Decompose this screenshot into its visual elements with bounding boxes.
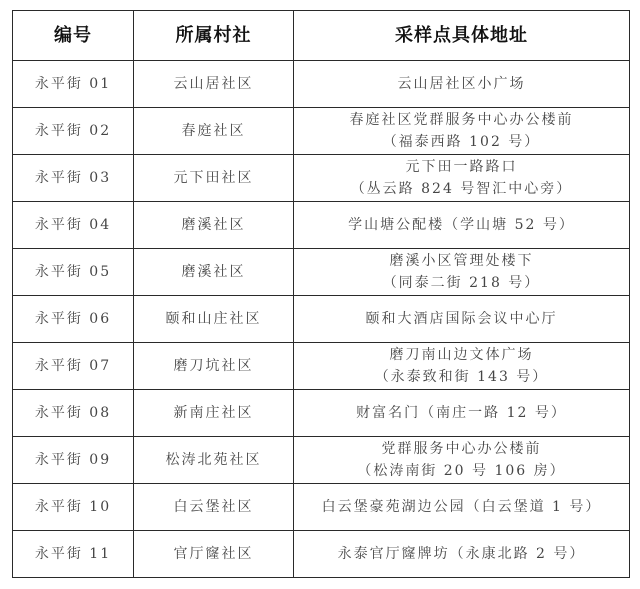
cell-id: 永平街 09 [13,437,134,484]
cell-id: 永平街 05 [13,249,134,296]
cell-community: 磨刀坑社区 [134,343,294,390]
cell-address: 党群服务中心办公楼前 （松涛南街 20 号 106 房） [294,437,630,484]
table-row: 永平街 11 官厅窿社区 永泰官厅窿牌坊（永康北路 2 号） [13,531,630,578]
cell-id: 永平街 03 [13,155,134,202]
address-line-2: （松涛南街 20 号 106 房） [294,460,629,482]
cell-community: 白云堡社区 [134,484,294,531]
table-row: 永平街 03 元下田社区 元下田一路路口 （丛云路 824 号智汇中心旁） [13,155,630,202]
address-line-1: 白云堡豪苑湖边公园（白云堡道 1 号） [294,496,629,518]
cell-id: 永平街 11 [13,531,134,578]
cell-address: 春庭社区党群服务中心办公楼前 （福泰西路 102 号） [294,108,630,155]
cell-id: 永平街 04 [13,202,134,249]
cell-address: 永泰官厅窿牌坊（永康北路 2 号） [294,531,630,578]
cell-id: 永平街 07 [13,343,134,390]
cell-community: 磨溪社区 [134,202,294,249]
cell-community: 颐和山庄社区 [134,296,294,343]
cell-id: 永平街 08 [13,390,134,437]
address-line-1: 学山塘公配楼（学山塘 52 号） [294,214,629,236]
header-community: 所属村社 [134,11,294,61]
address-line-1: 财富名门（南庄一路 12 号） [294,402,629,424]
cell-id: 永平街 06 [13,296,134,343]
header-id: 编号 [13,11,134,61]
cell-community: 元下田社区 [134,155,294,202]
cell-address: 颐和大酒店国际会议中心厅 [294,296,630,343]
cell-address: 云山居社区小广场 [294,61,630,108]
cell-id: 永平街 10 [13,484,134,531]
address-line-1: 党群服务中心办公楼前 [294,438,629,460]
table-row: 永平街 02 春庭社区 春庭社区党群服务中心办公楼前 （福泰西路 102 号） [13,108,630,155]
cell-address: 元下田一路路口 （丛云路 824 号智汇中心旁） [294,155,630,202]
sampling-sites-table: 编号 所属村社 采样点具体地址 永平街 01 云山居社区 云山居社区小广场 永平… [12,10,630,578]
table-header-row: 编号 所属村社 采样点具体地址 [13,11,630,61]
table-row: 永平街 05 磨溪社区 磨溪小区管理处楼下 （同泰二街 218 号） [13,249,630,296]
address-line-2: （福泰西路 102 号） [294,131,629,153]
address-line-1: 磨溪小区管理处楼下 [294,250,629,272]
cell-community: 云山居社区 [134,61,294,108]
table-row: 永平街 09 松涛北苑社区 党群服务中心办公楼前 （松涛南街 20 号 106 … [13,437,630,484]
cell-address: 磨溪小区管理处楼下 （同泰二街 218 号） [294,249,630,296]
address-line-1: 元下田一路路口 [294,156,629,178]
cell-id: 永平街 01 [13,61,134,108]
cell-address: 财富名门（南庄一路 12 号） [294,390,630,437]
table-row: 永平街 04 磨溪社区 学山塘公配楼（学山塘 52 号） [13,202,630,249]
address-line-2: （同泰二街 218 号） [294,272,629,294]
address-line-1: 永泰官厅窿牌坊（永康北路 2 号） [294,543,629,565]
cell-community: 松涛北苑社区 [134,437,294,484]
table-row: 永平街 10 白云堡社区 白云堡豪苑湖边公园（白云堡道 1 号） [13,484,630,531]
table-row: 永平街 01 云山居社区 云山居社区小广场 [13,61,630,108]
cell-id: 永平街 02 [13,108,134,155]
cell-address: 白云堡豪苑湖边公园（白云堡道 1 号） [294,484,630,531]
cell-address: 学山塘公配楼（学山塘 52 号） [294,202,630,249]
address-line-2: （丛云路 824 号智汇中心旁） [294,178,629,200]
address-line-1: 磨刀南山边文体广场 [294,344,629,366]
cell-community: 新南庄社区 [134,390,294,437]
address-line-2: （永泰致和街 143 号） [294,366,629,388]
address-line-1: 颐和大酒店国际会议中心厅 [294,308,629,330]
cell-community: 春庭社区 [134,108,294,155]
table-row: 永平街 07 磨刀坑社区 磨刀南山边文体广场 （永泰致和街 143 号） [13,343,630,390]
cell-community: 官厅窿社区 [134,531,294,578]
address-line-1: 云山居社区小广场 [294,73,629,95]
sampling-sites-table-container: 编号 所属村社 采样点具体地址 永平街 01 云山居社区 云山居社区小广场 永平… [12,10,629,578]
header-address: 采样点具体地址 [294,11,630,61]
address-line-1: 春庭社区党群服务中心办公楼前 [294,109,629,131]
table-row: 永平街 06 颐和山庄社区 颐和大酒店国际会议中心厅 [13,296,630,343]
cell-community: 磨溪社区 [134,249,294,296]
table-row: 永平街 08 新南庄社区 财富名门（南庄一路 12 号） [13,390,630,437]
cell-address: 磨刀南山边文体广场 （永泰致和街 143 号） [294,343,630,390]
